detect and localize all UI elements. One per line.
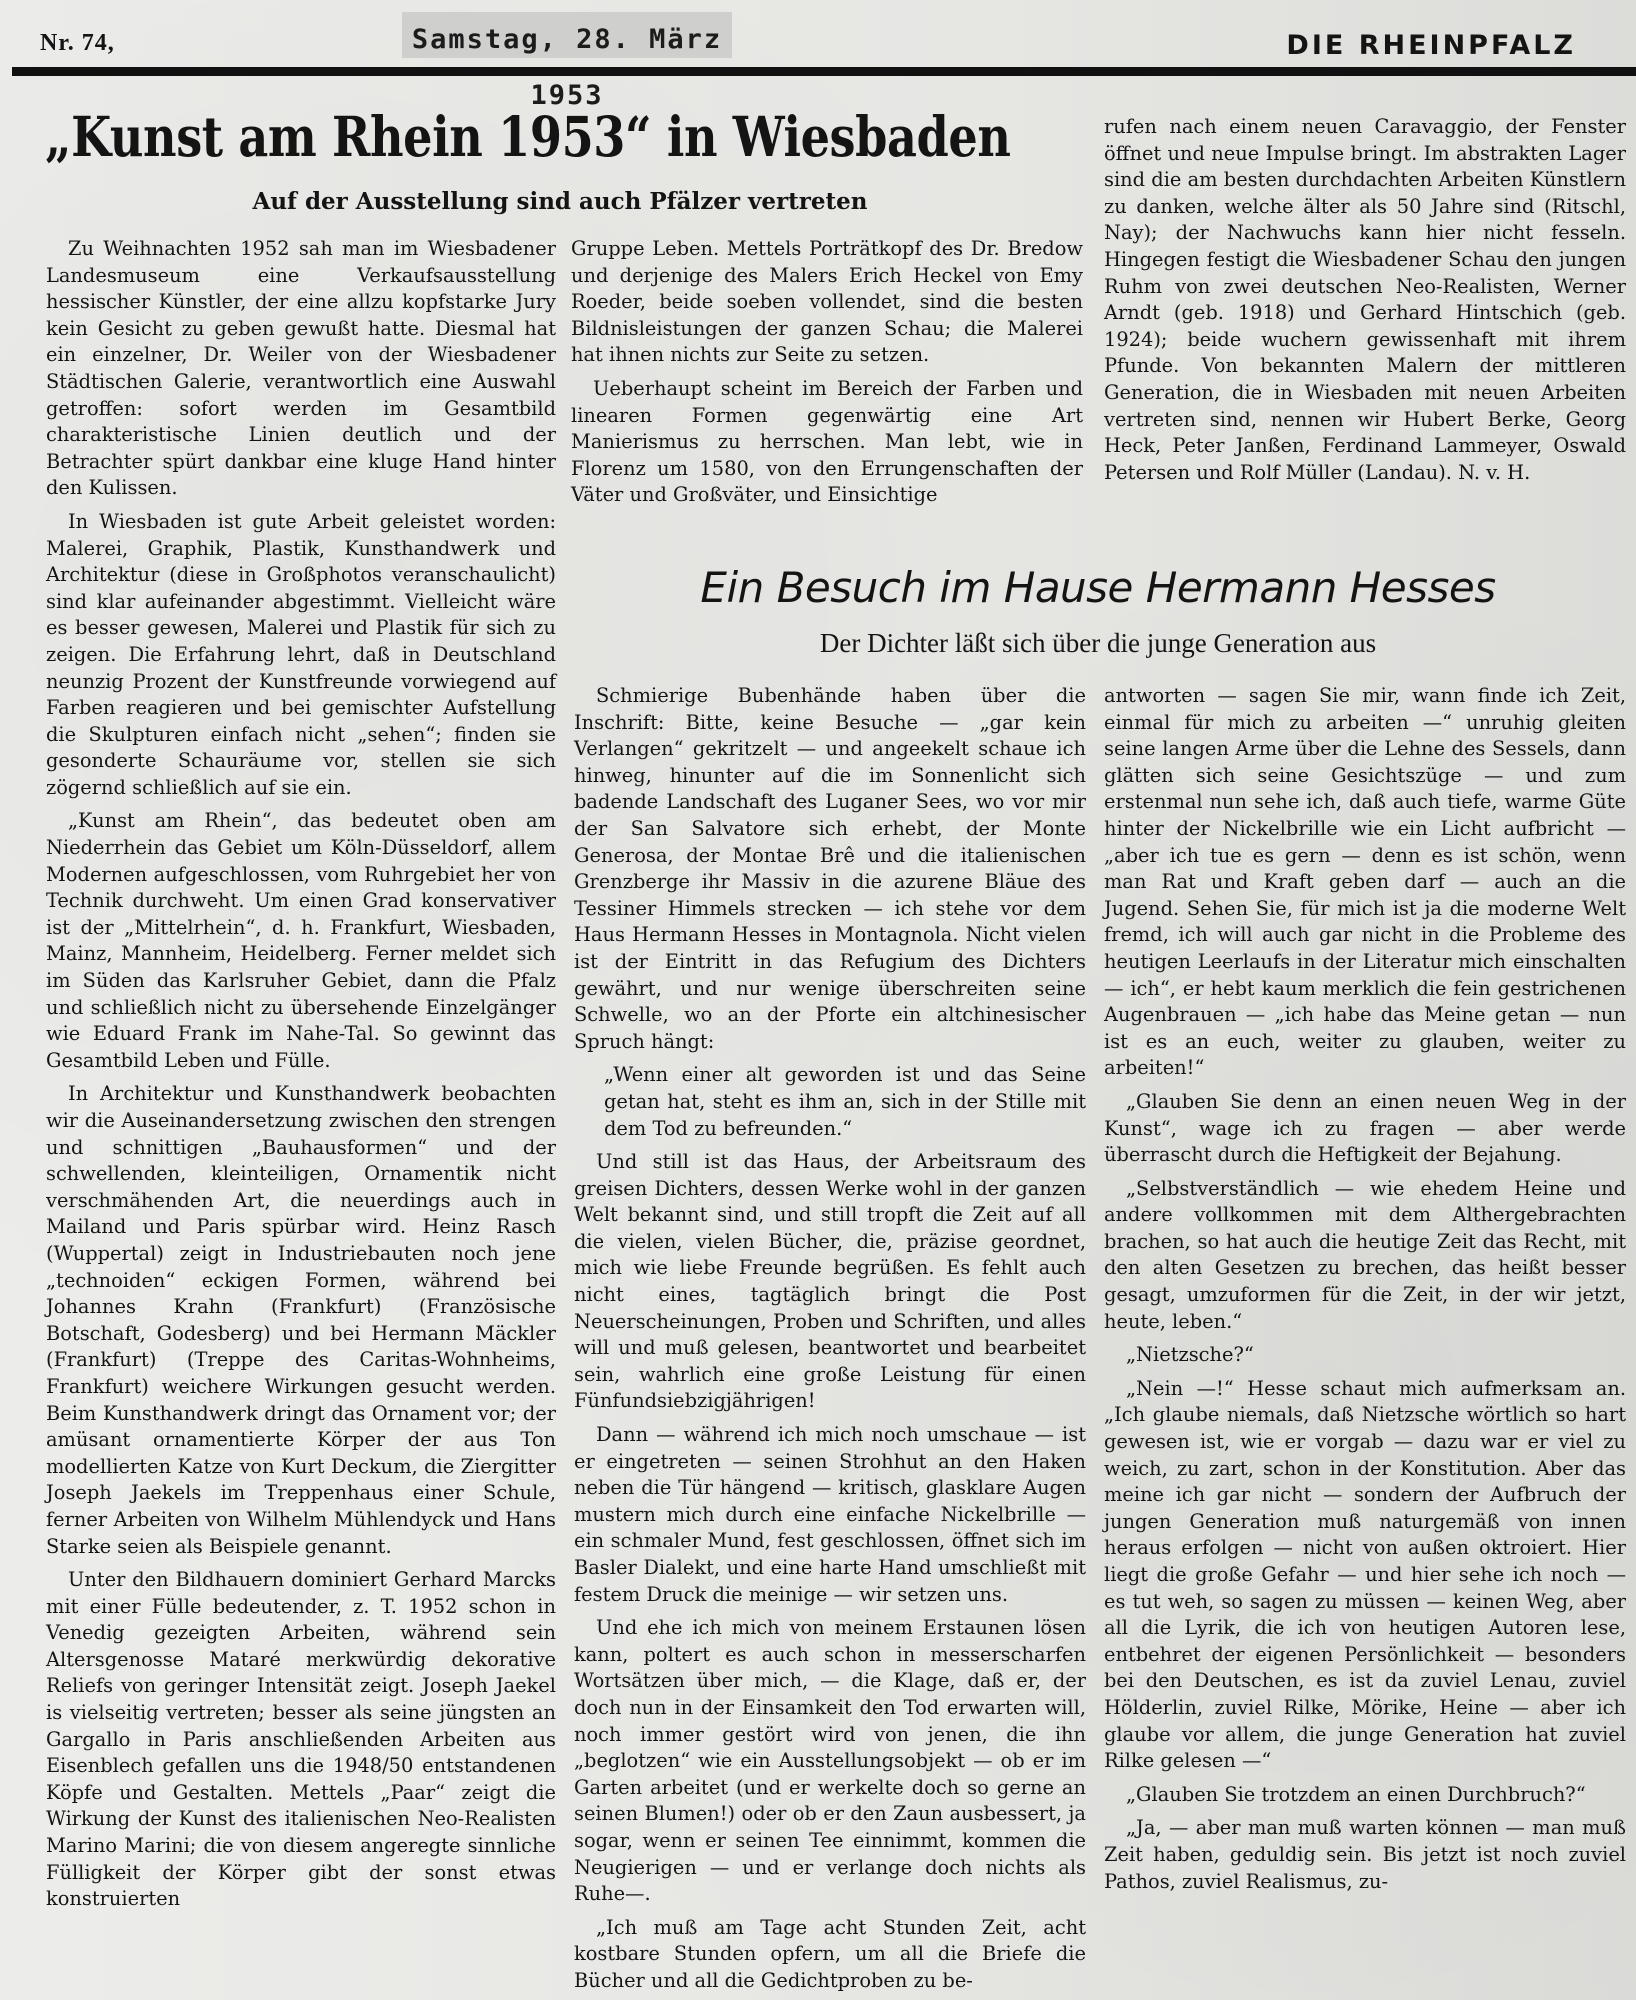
paragraph: „Ich muß am Tage acht Stunden Zeit, acht… (574, 1915, 1086, 1995)
issue-date: Samstag, 28. März 1953 (402, 12, 732, 58)
paragraph: „Nein —!“ Hesse schaut mich aufmerksam a… (1104, 1376, 1626, 1775)
article2-headline: Ein Besuch im Hause Hermann Hesses (560, 563, 1636, 612)
paragraph: In Wiesbaden ist gute Arbeit geleistet w… (46, 509, 556, 802)
paragraph: Und still ist das Haus, der Arbeitsraum … (574, 1149, 1086, 1415)
paragraph: antworten — sagen Sie mir, wann finde ic… (1104, 683, 1626, 1082)
paragraph: „Ja, — aber man muß warten können — man … (1104, 1815, 1626, 1895)
paragraph: Zu Weihnachten 1952 sah man im Wiesbaden… (46, 236, 556, 502)
paragraph: In Architektur und Kunsthandwerk beobach… (46, 1081, 556, 1560)
newspaper-name: DIE RHEINPFALZ (1286, 30, 1576, 61)
paragraph: „Kunst am Rhein“, das bedeutet oben am N… (46, 808, 556, 1074)
article2-subheadline: Der Dichter läßt sich über die junge Gen… (560, 628, 1636, 659)
paragraph: „Nietzsche?“ (1104, 1342, 1626, 1369)
paragraph: „Glauben Sie trotzdem an einen Durchbruc… (1104, 1782, 1626, 1809)
paragraph: Gruppe Leben. Mettels Porträtkopf des Dr… (571, 236, 1083, 369)
paragraph: Unter den Bildhauern dominiert Gerhard M… (46, 1567, 556, 1913)
article1-column-1: Zu Weihnachten 1952 sah man im Wiesbaden… (46, 236, 556, 1920)
article2-column-2: antworten — sagen Sie mir, wann finde ic… (1104, 683, 1626, 1902)
paragraph: Schmierige Bubenhände haben über die Ins… (574, 683, 1086, 1055)
article1-subheadline: Auf der Ausstellung sind auch Pfälzer ve… (45, 188, 1075, 215)
masthead-rule (12, 67, 1636, 76)
chinese-proverb-quote: „Wenn einer alt geworden ist und das Sei… (574, 1062, 1086, 1142)
paragraph: „Glauben Sie denn an einen neuen Weg in … (1104, 1089, 1626, 1169)
issue-number: Nr. 74, (40, 30, 115, 57)
article1-column-2: Gruppe Leben. Mettels Porträtkopf des Dr… (571, 236, 1083, 516)
paragraph: Ueberhaupt scheint im Bereich der Farben… (571, 376, 1083, 509)
paragraph: Dann — während ich mich noch umschaue — … (574, 1422, 1086, 1608)
article2-column-1: Schmierige Bubenhände haben über die Ins… (574, 683, 1086, 2000)
article1-headline: „Kunst am Rhein 1953“ in Wiesbaden (45, 104, 910, 169)
paragraph: Und ehe ich mich von meinem Erstaunen lö… (574, 1615, 1086, 1908)
paragraph: rufen nach einem neuen Caravaggio, der F… (1104, 114, 1626, 486)
paragraph: „Selbstverständlich — wie ehedem Heine u… (1104, 1176, 1626, 1336)
article1-column-3: rufen nach einem neuen Caravaggio, der F… (1104, 114, 1626, 493)
